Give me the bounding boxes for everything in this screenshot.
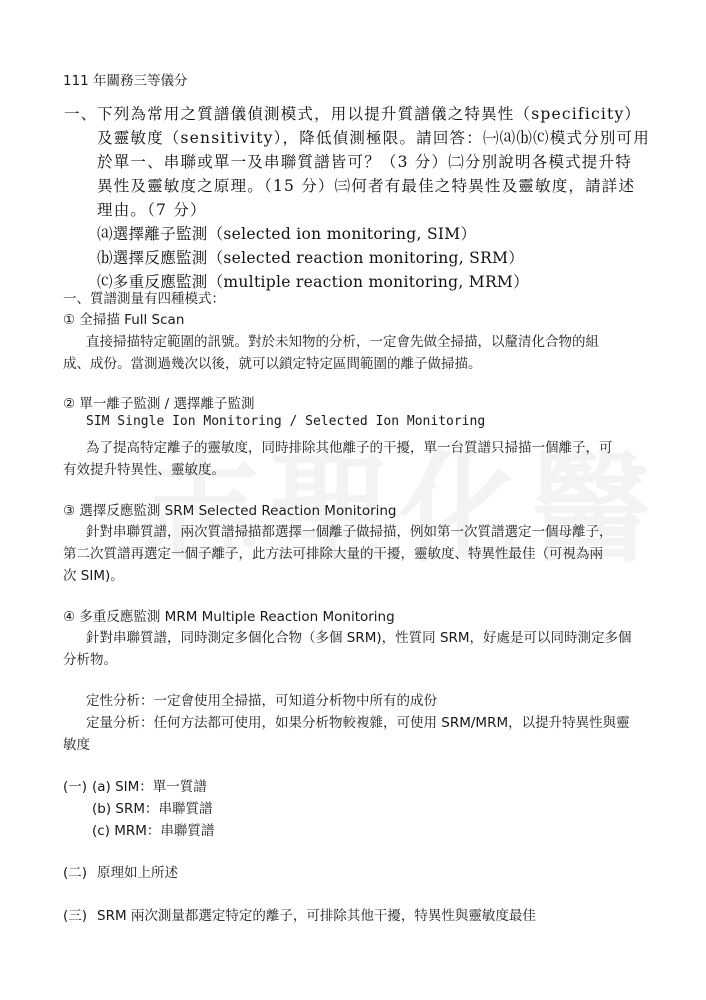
document-page: 志聖化醫 111 年關務三等儀分 一、 下列為常用之質譜儀偵測模式，用以提升質譜…	[0, 0, 706, 1000]
part3-text: SRM 兩次測量都選定特定的離子，可排除其他干擾，特異性與靈敏度最佳	[97, 904, 536, 924]
answer-intro: 一、質譜測量有四種模式：	[63, 287, 225, 307]
part1-item: (a) SIM：單一質譜	[92, 775, 207, 795]
mode-heading: ② 單一離子監測 / 選擇離子監測	[63, 392, 255, 412]
question-line: 異性及靈敏度之原理。（15 分）㈢何者有最佳之特異性及靈敏度，請詳述	[97, 174, 635, 196]
question-line: 及靈敏度（sensitivity），降低偵測極限。請回答：㈠⒜⒝⒞模式分別可用	[97, 126, 650, 148]
document-title: 111 年關務三等儀分	[63, 69, 188, 89]
mode-body-line: 針對串聯質譜，兩次質譜掃描都選擇一個離子做掃描，例如第一次質譜選定一個母離子，	[86, 520, 613, 540]
question-option: ⒝選擇反應監測（selected reaction monitoring, SR…	[97, 246, 524, 268]
analysis-quantitative: 定量分析：任何方法都可使用，如果分析物較複雜，可使用 SRM/MRM，以提升特異…	[86, 711, 630, 731]
analysis-quantitative-cont: 敏度	[63, 733, 90, 753]
mode-body-line: 為了提高特定離子的靈敏度，同時排除其他離子的干擾，單一台質譜只掃描一個離子，可	[86, 436, 613, 456]
question-line: 理由。（7 分）	[97, 198, 207, 220]
mode-body-line: 次 SIM)。	[63, 564, 124, 584]
part2-label: (二)	[63, 861, 87, 881]
mode-body-line: 有效提升特異性、靈敏度。	[63, 458, 225, 478]
question-line: 下列為常用之質譜儀偵測模式，用以提升質譜儀之特異性（specificity）	[97, 102, 641, 124]
part2-text: 原理如上所述	[97, 861, 178, 881]
mode-body-line: 分析物。	[63, 648, 117, 668]
analysis-qualitative: 定性分析：一定會使用全掃描，可知道分析物中所有的成份	[86, 689, 437, 709]
mode-body-line: 成、成份。當測過幾次以後，就可以鎖定特定區間範圍的離子做掃描。	[63, 352, 482, 372]
mode-body-line: 第二次質譜再選定一個子離子，此方法可排除大量的干擾，靈敏度、特異性最佳（可視為兩	[63, 542, 603, 562]
part1-label: (一)	[63, 775, 87, 795]
mode-subheading: SIM Single Ion Monitoring / Selected Ion…	[86, 414, 485, 429]
question-option: ⒜選擇離子監測（selected ion monitoring, SIM）	[97, 222, 476, 244]
mode-heading: ④ 多重反應監測 MRM Multiple Reaction Monitorin…	[63, 605, 395, 625]
question-number: 一、	[64, 102, 97, 124]
mode-heading: ③ 選擇反應監測 SRM Selected Reaction Monitorin…	[63, 499, 397, 519]
mode-heading: ① 全掃描 Full Scan	[63, 308, 184, 328]
part1-item: (b) SRM：串聯質譜	[92, 797, 213, 817]
mode-body-line: 針對串聯質譜，同時測定多個化合物（多個 SRM)，性質同 SRM，好處是可以同時…	[86, 626, 632, 646]
part1-item: (c) MRM：串聯質譜	[92, 819, 214, 839]
question-line: 於單一、串聯或單一及串聯質譜皆可？（3 分）㈡分別說明各模式提升特	[97, 150, 632, 172]
part3-label: (三)	[63, 904, 87, 924]
mode-body-line: 直接掃描特定範圍的訊號。對於未知物的分析，一定會先做全掃描，以釐清化合物的組	[86, 330, 599, 350]
